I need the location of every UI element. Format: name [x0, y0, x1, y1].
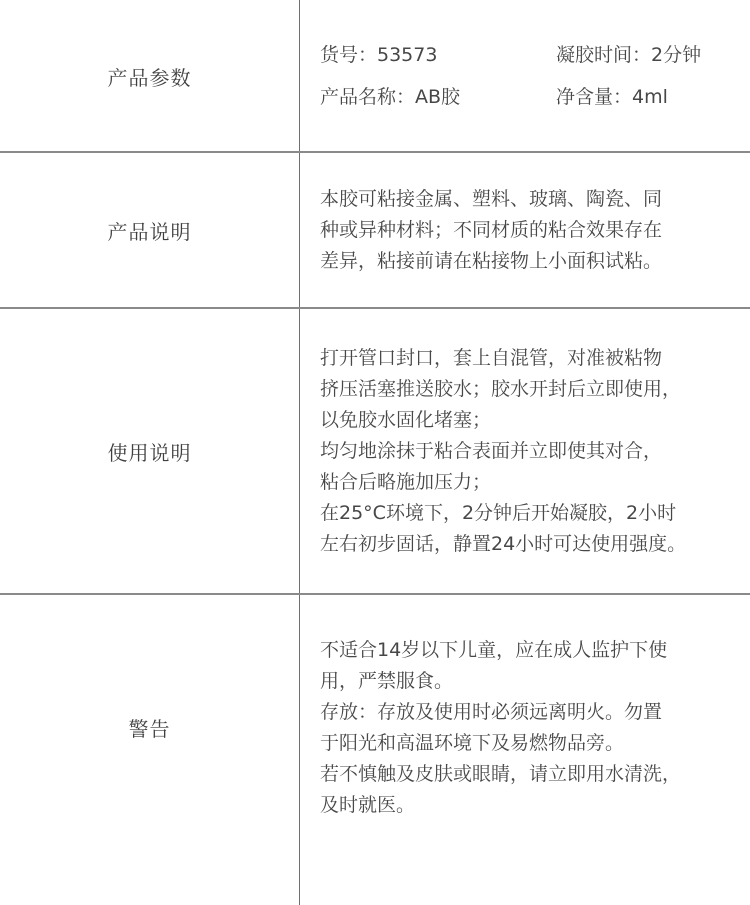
row-warning: 警告 不适合14岁以下儿童，应在成人监护下使 用，严禁服食。 存放：存放及使用时… [0, 595, 750, 860]
text-line: 均匀地涂抹于粘合表面并立即使其对合， [320, 436, 730, 467]
text-line: 左右初步固话，静置24小时可达使用强度。 [320, 529, 730, 560]
warning-text: 不适合14岁以下儿童，应在成人监护下使 用，严禁服食。 存放：存放及使用时必须远… [320, 595, 730, 860]
text-line: 于阳光和高温环境下及易燃物品旁。 [320, 728, 730, 759]
text-line: 打开管口封口，套上自混管，对准被粘物 [320, 343, 730, 374]
row-label: 产品参数 [0, 0, 299, 152]
text-line: 粘合后略施加压力； [320, 467, 730, 498]
row-label: 使用说明 [0, 309, 299, 594]
param-net-content: 净含量：4ml [556, 82, 668, 109]
usage-text: 打开管口封口，套上自混管，对准被粘物 挤压活塞推送胶水；胶水开封后立即使用， 以… [320, 309, 730, 594]
param-item-number: 货号：53573 [320, 40, 437, 67]
description-text: 本胶可粘接金属、塑料、玻璃、陶瓷、同 种或异种材料；不同材质的粘合效果存在 差异… [320, 153, 730, 308]
row-label: 警告 [0, 595, 299, 860]
text-line: 以免胶水固化堵塞； [320, 405, 730, 436]
row-usage-instructions: 使用说明 打开管口封口，套上自混管，对准被粘物 挤压活塞推送胶水；胶水开封后立即… [0, 309, 750, 594]
text-line: 本胶可粘接金属、塑料、玻璃、陶瓷、同 [320, 184, 730, 215]
text-line: 用，严禁服食。 [320, 666, 730, 697]
row-product-description: 产品说明 本胶可粘接金属、塑料、玻璃、陶瓷、同 种或异种材料；不同材质的粘合效果… [0, 153, 750, 308]
text-line: 及时就医。 [320, 790, 730, 821]
text-line: 挤压活塞推送胶水；胶水开封后立即使用， [320, 374, 730, 405]
text-line: 存放：存放及使用时必须远离明火。勿置 [320, 697, 730, 728]
row-label: 产品说明 [0, 153, 299, 308]
text-line: 种或异种材料；不同材质的粘合效果存在 [320, 215, 730, 246]
param-gel-time: 凝胶时间：2分钟 [556, 40, 701, 67]
row-product-params: 产品参数 货号：53573 凝胶时间：2分钟 产品名称：AB胶 净含量：4ml [0, 0, 750, 152]
param-product-name: 产品名称：AB胶 [320, 82, 460, 109]
text-line: 差异，粘接前请在粘接物上小面积试粘。 [320, 246, 730, 277]
text-line: 若不慎触及皮肤或眼睛，请立即用水清洗， [320, 759, 730, 790]
text-line: 不适合14岁以下儿童，应在成人监护下使 [320, 635, 730, 666]
text-line: 在25°C环境下，2分钟后开始凝胶，2小时 [320, 498, 730, 529]
params-grid: 货号：53573 凝胶时间：2分钟 产品名称：AB胶 净含量：4ml [320, 0, 750, 152]
